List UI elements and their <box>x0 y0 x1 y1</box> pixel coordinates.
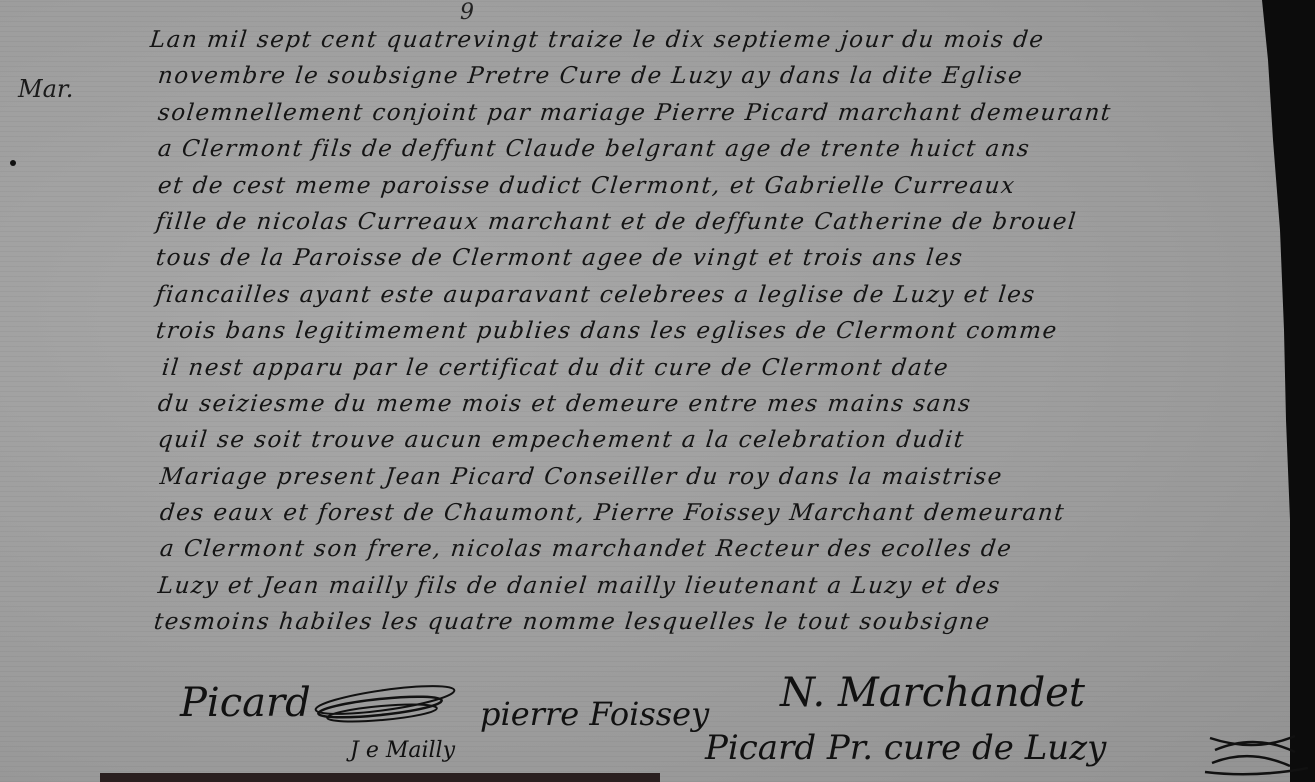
text-line: a Clermont fils de deffunt Claude belgra… <box>148 131 1282 167</box>
signature-picard: Picard <box>180 680 311 726</box>
text-line: trois bans legitimement publies dans les… <box>148 313 1282 349</box>
paraph-flourish-icon <box>1200 728 1310 778</box>
margin-note: Mar. <box>18 75 73 103</box>
text-line: novembre le soubsigne Pretre Cure de Luz… <box>148 58 1282 94</box>
text-line: fille de nicolas Curreaux marchant et de… <box>148 204 1282 240</box>
page-bottom-edge <box>100 773 660 782</box>
text-line: et de cest meme paroisse dudict Clermont… <box>148 168 1282 204</box>
text-line: fiancailles ayant este auparavant celebr… <box>148 277 1282 313</box>
signature-mailly: J e Mailly <box>350 738 455 763</box>
text-line: a Clermont son frere, nicolas marchandet… <box>148 531 1282 567</box>
text-line: Mariage present Jean Picard Conseiller d… <box>148 459 1282 495</box>
text-line: il nest apparu par le certificat du dit … <box>148 350 1282 386</box>
signature-foissey: pierre Foissey <box>480 695 709 733</box>
text-line: tous de la Paroisse de Clermont agee de … <box>148 240 1282 276</box>
text-line: tesmoins habiles les quatre nomme lesque… <box>148 604 1282 640</box>
text-line: Luzy et Jean mailly fils de daniel maill… <box>148 568 1282 604</box>
signature-priest: Picard Pr. cure de Luzy <box>705 728 1106 768</box>
text-line: des eaux et forest de Chaumont, Pierre F… <box>148 495 1282 531</box>
text-line: Lan mil sept cent quatrevingt traize le … <box>148 22 1282 58</box>
margin-dot <box>10 160 16 166</box>
signature-marchandet: N. Marchandet <box>780 670 1085 716</box>
text-line: quil se soit trouve aucun empechement a … <box>148 422 1282 458</box>
text-line: du seiziesme du meme mois et demeure ent… <box>148 386 1282 422</box>
signature-flourish-icon <box>300 675 470 735</box>
text-line: solemnellement conjoint par mariage Pier… <box>148 95 1282 131</box>
record-text: Lan mil sept cent quatrevingt traize le … <box>150 22 1280 641</box>
